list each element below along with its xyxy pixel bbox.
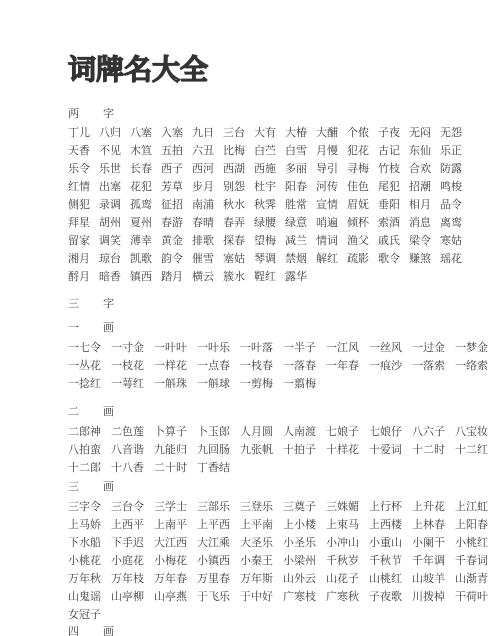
cipai-item: 大酺 xyxy=(316,124,338,142)
cipai-item: 八拍蛮 xyxy=(68,441,101,459)
cipai-item: 孤鸾 xyxy=(130,196,152,214)
cipai-row: 一丛花一枝花一样花一点春一枝春一落春一年春一痕沙一落索一络索 xyxy=(68,357,500,375)
cipai-item: 西湖 xyxy=(223,160,245,178)
cipai-item: 万年春 xyxy=(154,570,187,588)
page-title: 词牌名大全 xyxy=(68,0,500,90)
cipai-item: 索酒 xyxy=(378,214,400,232)
cipai-item: 一半子 xyxy=(283,339,316,357)
cipai-item: 一萼红 xyxy=(111,375,144,393)
cipai-item: 小重山 xyxy=(369,534,402,552)
cipai-item: 凯歌 xyxy=(130,250,152,268)
cipai-item: 一捻红 xyxy=(68,375,101,393)
cipai-row: 拜星胡州夏州春游春晴春弄绿腰绿意哨遍倾杯索酒消息离鸾 xyxy=(68,214,500,232)
cipai-item: 十二时 xyxy=(412,441,445,459)
heading-char: 一 xyxy=(68,320,79,336)
cipai-item: 别怨 xyxy=(223,178,245,196)
cipai-item: 消息 xyxy=(409,214,431,232)
cipai-item: 一落索 xyxy=(412,357,445,375)
cipai-item: 一枝春 xyxy=(240,357,273,375)
cipai-item: 歌令 xyxy=(378,250,400,268)
cipai-item: 胡州 xyxy=(99,214,121,232)
cipai-item: 千秋岁 xyxy=(326,552,359,570)
cipai-item: 秋水 xyxy=(223,196,245,214)
cipai-item: 上林春 xyxy=(412,516,445,534)
cipai-item: 露华 xyxy=(285,268,307,286)
cipai-row: 侧犯录调孤鸾征招南浦秋水秋霁胜常宣情眉妩垂阳相月品令 xyxy=(68,196,500,214)
section-heading: 两字 xyxy=(68,106,500,122)
cipai-item: 侧犯 xyxy=(68,196,90,214)
cipai-item: 解红 xyxy=(316,250,338,268)
heading-char: 画 xyxy=(103,624,114,636)
cipai-item: 十二红 xyxy=(455,441,488,459)
cipai-item: 十八香 xyxy=(111,459,144,477)
cipai-item: 梁令 xyxy=(409,232,431,250)
cipai-item: 大椿 xyxy=(285,124,307,142)
cipai-item: 寻梅 xyxy=(347,160,369,178)
cipai-row: 丁儿八归八塞入塞九日三台大有大椿大酺个侬子夜无闷无怨 xyxy=(68,124,500,142)
cipai-item: 红情 xyxy=(68,178,90,196)
cipai-item: 个侬 xyxy=(347,124,369,142)
cipai-row: 女冠子 xyxy=(68,606,500,624)
cipai-item: 小镇西 xyxy=(197,552,230,570)
cipai-item: 大江西 xyxy=(154,534,187,552)
cipai-item: 拜星 xyxy=(68,214,90,232)
cipai-item: 西子 xyxy=(161,160,183,178)
cipai-item: 三台 xyxy=(223,124,245,142)
cipai-item: 小圣乐 xyxy=(283,534,316,552)
cipai-item: 调笑 xyxy=(99,232,121,250)
cipai-item: 湘月 xyxy=(68,250,90,268)
cipai-item: 五拍 xyxy=(161,142,183,160)
heading-char: 四 xyxy=(68,624,79,636)
cipai-item: 乐世 xyxy=(99,160,121,178)
cipai-item: 一江风 xyxy=(326,339,359,357)
heading-char: 三 xyxy=(68,296,79,312)
cipai-item: 录调 xyxy=(99,196,121,214)
heading-char: 字 xyxy=(103,106,114,122)
cipai-item: 西河 xyxy=(192,160,214,178)
cipai-item: 白雪 xyxy=(285,142,307,160)
cipai-item: 防露 xyxy=(440,160,462,178)
cipai-item: 琼台 xyxy=(99,250,121,268)
heading-char: 画 xyxy=(103,404,114,420)
cipai-row: 小桃花小庭花小梅花小镇西小秦王小梁州千秋岁千秋节千年调千春词 xyxy=(68,552,500,570)
heading-char: 画 xyxy=(103,320,114,336)
cipai-item: 卜玉郎 xyxy=(197,423,230,441)
cipai-item: 天香 xyxy=(68,142,90,160)
cipai-item: 河传 xyxy=(316,178,338,196)
cipai-item: 疏影 xyxy=(347,250,369,268)
cipai-row: 山鬼谣山亭柳山亭燕于飞乐于中好广寒枝广寒秋子夜歌川拨棹干荷叶 xyxy=(68,588,500,606)
cipai-item: 九张帆 xyxy=(240,441,273,459)
cipai-item: 镇西 xyxy=(130,268,152,286)
cipai-item: 情词 xyxy=(316,232,338,250)
cipai-item: 千年调 xyxy=(412,552,445,570)
cipai-item: 犯花 xyxy=(347,142,369,160)
cipai-item: 卜算子 xyxy=(154,423,187,441)
cipai-row: 万年秋万年枝万年春万里春万年斯山外云山花子山桃红山坡羊山渐青 xyxy=(68,570,500,588)
cipai-item: 山花子 xyxy=(326,570,359,588)
cipai-item: 八归 xyxy=(99,124,121,142)
cipai-rows: 一七令一寸金一叶叶一叶乐一叶落一半子一江风一丝风一过金一梦金一丛花一枝花一样花一… xyxy=(68,339,500,393)
cipai-item: 月慢 xyxy=(316,142,338,160)
cipai-item: 山亭柳 xyxy=(111,588,144,606)
cipai-item: 一丛花 xyxy=(68,357,101,375)
cipai-item: 步月 xyxy=(192,178,214,196)
cipai-rows: 二郎神二色莲卜算子卜玉郎人月圆人南渡七娘子七娘仔八六子八宝妆八拍蛮八音谐九能归九… xyxy=(68,423,500,477)
stroke-group-heading: 四画 xyxy=(68,624,500,636)
cipai-item: 一七令 xyxy=(68,339,101,357)
cipai-item: 离鸾 xyxy=(440,214,462,232)
cipai-item: 三登乐 xyxy=(240,498,273,516)
cipai-item: 九回肠 xyxy=(197,441,230,459)
cipai-item: 小梁州 xyxy=(283,552,316,570)
cipai-item: 长春 xyxy=(130,160,152,178)
cipai-item: 招潮 xyxy=(409,178,431,196)
cipai-row: 上马娇上西平上南平上平西上平南上小楼上束马上西楼上林春上阳春 xyxy=(68,516,500,534)
cipai-item: 山渐青 xyxy=(455,570,488,588)
cipai-item: 大有 xyxy=(254,124,276,142)
cipai-item: 比梅 xyxy=(223,142,245,160)
cipai-item: 三奠子 xyxy=(283,498,316,516)
cipai-item: 上束马 xyxy=(326,516,359,534)
cipai-row: 酹月暗香镇西踏月横云簇水鞓红露华 xyxy=(68,268,500,286)
heading-char: 二 xyxy=(68,404,79,420)
cipai-item: 大江乘 xyxy=(197,534,230,552)
cipai-item: 三学士 xyxy=(154,498,187,516)
cipai-item: 一样花 xyxy=(154,357,187,375)
cipai-item: 小冲山 xyxy=(326,534,359,552)
cipai-item: 秋霁 xyxy=(254,196,276,214)
cipai-item: 大圣乐 xyxy=(240,534,273,552)
cipai-item: 多丽 xyxy=(285,160,307,178)
cipai-item: 一落春 xyxy=(283,357,316,375)
cipai-item: 上阳春 xyxy=(455,516,488,534)
cipai-item: 横云 xyxy=(192,268,214,286)
cipai-item: 绿意 xyxy=(285,214,307,232)
cipai-item: 子夜 xyxy=(378,124,400,142)
cipai-item: 小桃花 xyxy=(68,552,101,570)
cipai-item: 暗香 xyxy=(99,268,121,286)
cipai-item: 山亭燕 xyxy=(154,588,187,606)
cipai-row: 三字令三台令三学士三部乐三登乐三奠子三姝媚上行杯上升花上江虹 xyxy=(68,498,500,516)
cipai-item: 征招 xyxy=(161,196,183,214)
cipai-item: 六丑 xyxy=(192,142,214,160)
cipai-item: 木笪 xyxy=(130,142,152,160)
cipai-item: 一枝花 xyxy=(111,357,144,375)
cipai-row: 留家调笑薄幸黄金排歌探春望梅减兰情词渔父戚氏梁令寒姑 xyxy=(68,232,500,250)
cipai-row: 十二郎十八香二十时丁香结 xyxy=(68,459,500,477)
cipai-row: 二郎神二色莲卜算子卜玉郎人月圆人南渡七娘子七娘仔八六子八宝妆 xyxy=(68,423,500,441)
cipai-row: 乐令乐世长春西子西河西湖西施多丽导引寻梅竹枝合欢防露 xyxy=(68,160,500,178)
cipai-item: 春晴 xyxy=(192,214,214,232)
cipai-item: 干荷叶 xyxy=(455,588,488,606)
cipai-item: 戚氏 xyxy=(378,232,400,250)
cipai-item: 一年春 xyxy=(326,357,359,375)
cipai-item: 不见 xyxy=(99,142,121,160)
cipai-item: 丁香结 xyxy=(197,459,230,477)
stroke-group-heading: 三画 xyxy=(68,479,500,495)
cipai-item: 品令 xyxy=(440,196,462,214)
cipai-item: 千秋节 xyxy=(369,552,402,570)
cipai-row: 一七令一寸金一叶叶一叶乐一叶落一半子一江风一丝风一过金一梦金 xyxy=(68,339,500,357)
cipai-item: 倾杯 xyxy=(347,214,369,232)
cipai-item: 人月圆 xyxy=(240,423,273,441)
cipai-item: 一剪梅 xyxy=(240,375,273,393)
cipai-item: 八塞 xyxy=(130,124,152,142)
cipai-item: 古记 xyxy=(378,142,400,160)
cipai-item: 入塞 xyxy=(161,124,183,142)
cipai-item: 广寒秋 xyxy=(326,588,359,606)
cipai-item: 一点春 xyxy=(197,357,230,375)
cipai-item: 减兰 xyxy=(285,232,307,250)
cipai-item: 一翦梅 xyxy=(283,375,316,393)
cipai-item: 一丝风 xyxy=(369,339,402,357)
cipai-item: 春游 xyxy=(161,214,183,232)
cipai-item: 丁儿 xyxy=(68,124,90,142)
cipai-item: 琴调 xyxy=(254,250,276,268)
stroke-group-heading: 一画 xyxy=(68,320,500,336)
cipai-item: 合欢 xyxy=(409,160,431,178)
cipai-item: 十样花 xyxy=(326,441,359,459)
cipai-item: 上平南 xyxy=(240,516,273,534)
cipai-item: 一梦金 xyxy=(455,339,488,357)
cipai-item: 万年枝 xyxy=(111,570,144,588)
cipai-item: 眉妩 xyxy=(347,196,369,214)
cipai-item: 上行杯 xyxy=(369,498,402,516)
cipai-item: 一斛珠 xyxy=(154,375,187,393)
cipai-item: 二色莲 xyxy=(111,423,144,441)
cipai-list: 两字丁儿八归八塞入塞九日三台大有大椿大酺个侬子夜无闷无怨天香不见木笪五拍六丑比梅… xyxy=(68,106,500,636)
cipai-item: 三字令 xyxy=(68,498,101,516)
cipai-item: 胜常 xyxy=(285,196,307,214)
cipai-item: 南浦 xyxy=(192,196,214,214)
cipai-item: 小桃红 xyxy=(455,534,488,552)
cipai-item: 无闷 xyxy=(409,124,431,142)
cipai-item: 三部乐 xyxy=(197,498,230,516)
cipai-item: 白苎 xyxy=(254,142,276,160)
cipai-item: 小庭花 xyxy=(111,552,144,570)
cipai-item: 塞姑 xyxy=(223,250,245,268)
cipai-item: 三台令 xyxy=(111,498,144,516)
cipai-item: 芳草 xyxy=(161,178,183,196)
cipai-item: 夏州 xyxy=(130,214,152,232)
cipai-item: 八宝妆 xyxy=(455,423,488,441)
cipai-item: 出塞 xyxy=(99,178,121,196)
cipai-item: 酹月 xyxy=(68,268,90,286)
cipai-rows: 三字令三台令三学士三部乐三登乐三奠子三姝媚上行杯上升花上江虹上马娇上西平上南平上… xyxy=(68,498,500,624)
cipai-item: 十爱词 xyxy=(369,441,402,459)
cipai-item: 万里春 xyxy=(197,570,230,588)
cipai-item: 尾犯 xyxy=(378,178,400,196)
cipai-item: 一痕沙 xyxy=(369,357,402,375)
cipai-item: 导引 xyxy=(316,160,338,178)
cipai-item: 山鬼谣 xyxy=(68,588,101,606)
cipai-item: 宣情 xyxy=(316,196,338,214)
cipai-item: 排歌 xyxy=(192,232,214,250)
cipai-row: 八拍蛮八音谐九能归九回肠九张帆十拍子十样花十爱词十二时十二红 xyxy=(68,441,500,459)
cipai-item: 禁烟 xyxy=(285,250,307,268)
cipai-item: 渔父 xyxy=(347,232,369,250)
cipai-item: 西施 xyxy=(254,160,276,178)
cipai-item: 川拨棹 xyxy=(412,588,445,606)
cipai-item: 十二郎 xyxy=(68,459,101,477)
cipai-item: 上马娇 xyxy=(68,516,101,534)
cipai-item: 上小楼 xyxy=(283,516,316,534)
cipai-item: 留家 xyxy=(68,232,90,250)
cipai-item: 寒姑 xyxy=(440,232,462,250)
cipai-row: 湘月琼台凯歌韵令催雪塞姑琴调禁烟解红疏影歌令赚煞瑶花 xyxy=(68,250,500,268)
cipai-item: 七娘仔 xyxy=(369,423,402,441)
section-heading: 三字 xyxy=(68,296,500,312)
cipai-item: 哨遍 xyxy=(316,214,338,232)
cipai-row: 下水船下手迟大江西大江乘大圣乐小圣乐小冲山小重山小阑干小桃红 xyxy=(68,534,500,552)
document-page: 词牌名大全 两字丁儿八归八塞入塞九日三台大有大椿大酺个侬子夜无闷无怨天香不见木笪… xyxy=(0,0,500,636)
cipai-item: 上西平 xyxy=(111,516,144,534)
cipai-item: 女冠子 xyxy=(68,606,101,624)
cipai-item: 山桃红 xyxy=(369,570,402,588)
cipai-item: 下手迟 xyxy=(111,534,144,552)
cipai-item: 无怨 xyxy=(440,124,462,142)
cipai-item: 九能归 xyxy=(154,441,187,459)
cipai-item: 春弄 xyxy=(223,214,245,232)
cipai-item: 十拍子 xyxy=(283,441,316,459)
cipai-item: 上江虹 xyxy=(455,498,488,516)
cipai-item: 望梅 xyxy=(254,232,276,250)
cipai-item: 杜宇 xyxy=(254,178,276,196)
cipai-item: 人南渡 xyxy=(283,423,316,441)
cipai-item: 乐令 xyxy=(68,160,90,178)
cipai-item: 鸣梭 xyxy=(440,178,462,196)
cipai-rows: 丁儿八归八塞入塞九日三台大有大椿大酺个侬子夜无闷无怨天香不见木笪五拍六丑比梅白苎… xyxy=(68,124,500,286)
cipai-row: 一捻红一萼红一斛珠一斛球一剪梅一翦梅 xyxy=(68,375,500,393)
cipai-item: 上西楼 xyxy=(369,516,402,534)
cipai-item: 花犯 xyxy=(130,178,152,196)
cipai-item: 二郎神 xyxy=(68,423,101,441)
cipai-item: 一寸金 xyxy=(111,339,144,357)
cipai-item: 万年秋 xyxy=(68,570,101,588)
cipai-item: 八音谐 xyxy=(111,441,144,459)
cipai-item: 九日 xyxy=(192,124,214,142)
cipai-row: 天香不见木笪五拍六丑比梅白苎白雪月慢犯花古记东仙乐正 xyxy=(68,142,500,160)
cipai-item: 一斛球 xyxy=(197,375,230,393)
cipai-item: 广寒枝 xyxy=(283,588,316,606)
cipai-item: 鞓红 xyxy=(254,268,276,286)
cipai-item: 上平西 xyxy=(197,516,230,534)
cipai-item: 下水船 xyxy=(68,534,101,552)
cipai-item: 一叶乐 xyxy=(197,339,230,357)
heading-char: 两 xyxy=(68,106,79,122)
cipai-item: 小梅花 xyxy=(154,552,187,570)
cipai-item: 阳春 xyxy=(285,178,307,196)
cipai-item: 瑶花 xyxy=(440,250,462,268)
cipai-item: 绿腰 xyxy=(254,214,276,232)
cipai-item: 山外云 xyxy=(283,570,316,588)
heading-char: 三 xyxy=(68,479,79,495)
cipai-item: 赚煞 xyxy=(409,250,431,268)
cipai-item: 于飞乐 xyxy=(197,588,230,606)
cipai-item: 于中好 xyxy=(240,588,273,606)
cipai-item: 千春词 xyxy=(455,552,488,570)
cipai-item: 子夜歌 xyxy=(369,588,402,606)
cipai-item: 黄金 xyxy=(161,232,183,250)
cipai-item: 三姝媚 xyxy=(326,498,359,516)
cipai-item: 探春 xyxy=(223,232,245,250)
cipai-item: 东仙 xyxy=(409,142,431,160)
cipai-item: 踏月 xyxy=(161,268,183,286)
cipai-item: 上升花 xyxy=(412,498,445,516)
cipai-item: 二十时 xyxy=(154,459,187,477)
cipai-item: 相月 xyxy=(409,196,431,214)
cipai-item: 垂阳 xyxy=(378,196,400,214)
cipai-item: 山坡羊 xyxy=(412,570,445,588)
cipai-item: 八六子 xyxy=(412,423,445,441)
cipai-item: 小阑干 xyxy=(412,534,445,552)
cipai-item: 上南平 xyxy=(154,516,187,534)
cipai-item: 乐正 xyxy=(440,142,462,160)
cipai-item: 七娘子 xyxy=(326,423,359,441)
cipai-item: 一叶落 xyxy=(240,339,273,357)
cipai-row: 红情出塞花犯芳草步月别怨杜宇阳春河传佳色尾犯招潮鸣梭 xyxy=(68,178,500,196)
cipai-item: 竹枝 xyxy=(378,160,400,178)
stroke-group-heading: 二画 xyxy=(68,404,500,420)
cipai-item: 小秦王 xyxy=(240,552,273,570)
heading-char: 字 xyxy=(103,296,114,312)
cipai-item: 催雪 xyxy=(192,250,214,268)
cipai-item: 韵令 xyxy=(161,250,183,268)
cipai-item: 万年斯 xyxy=(240,570,273,588)
cipai-item: 一过金 xyxy=(412,339,445,357)
cipai-item: 簇水 xyxy=(223,268,245,286)
cipai-item: 佳色 xyxy=(347,178,369,196)
cipai-item: 一叶叶 xyxy=(154,339,187,357)
heading-char: 画 xyxy=(103,479,114,495)
cipai-item: 薄幸 xyxy=(130,232,152,250)
cipai-item: 一络索 xyxy=(455,357,488,375)
